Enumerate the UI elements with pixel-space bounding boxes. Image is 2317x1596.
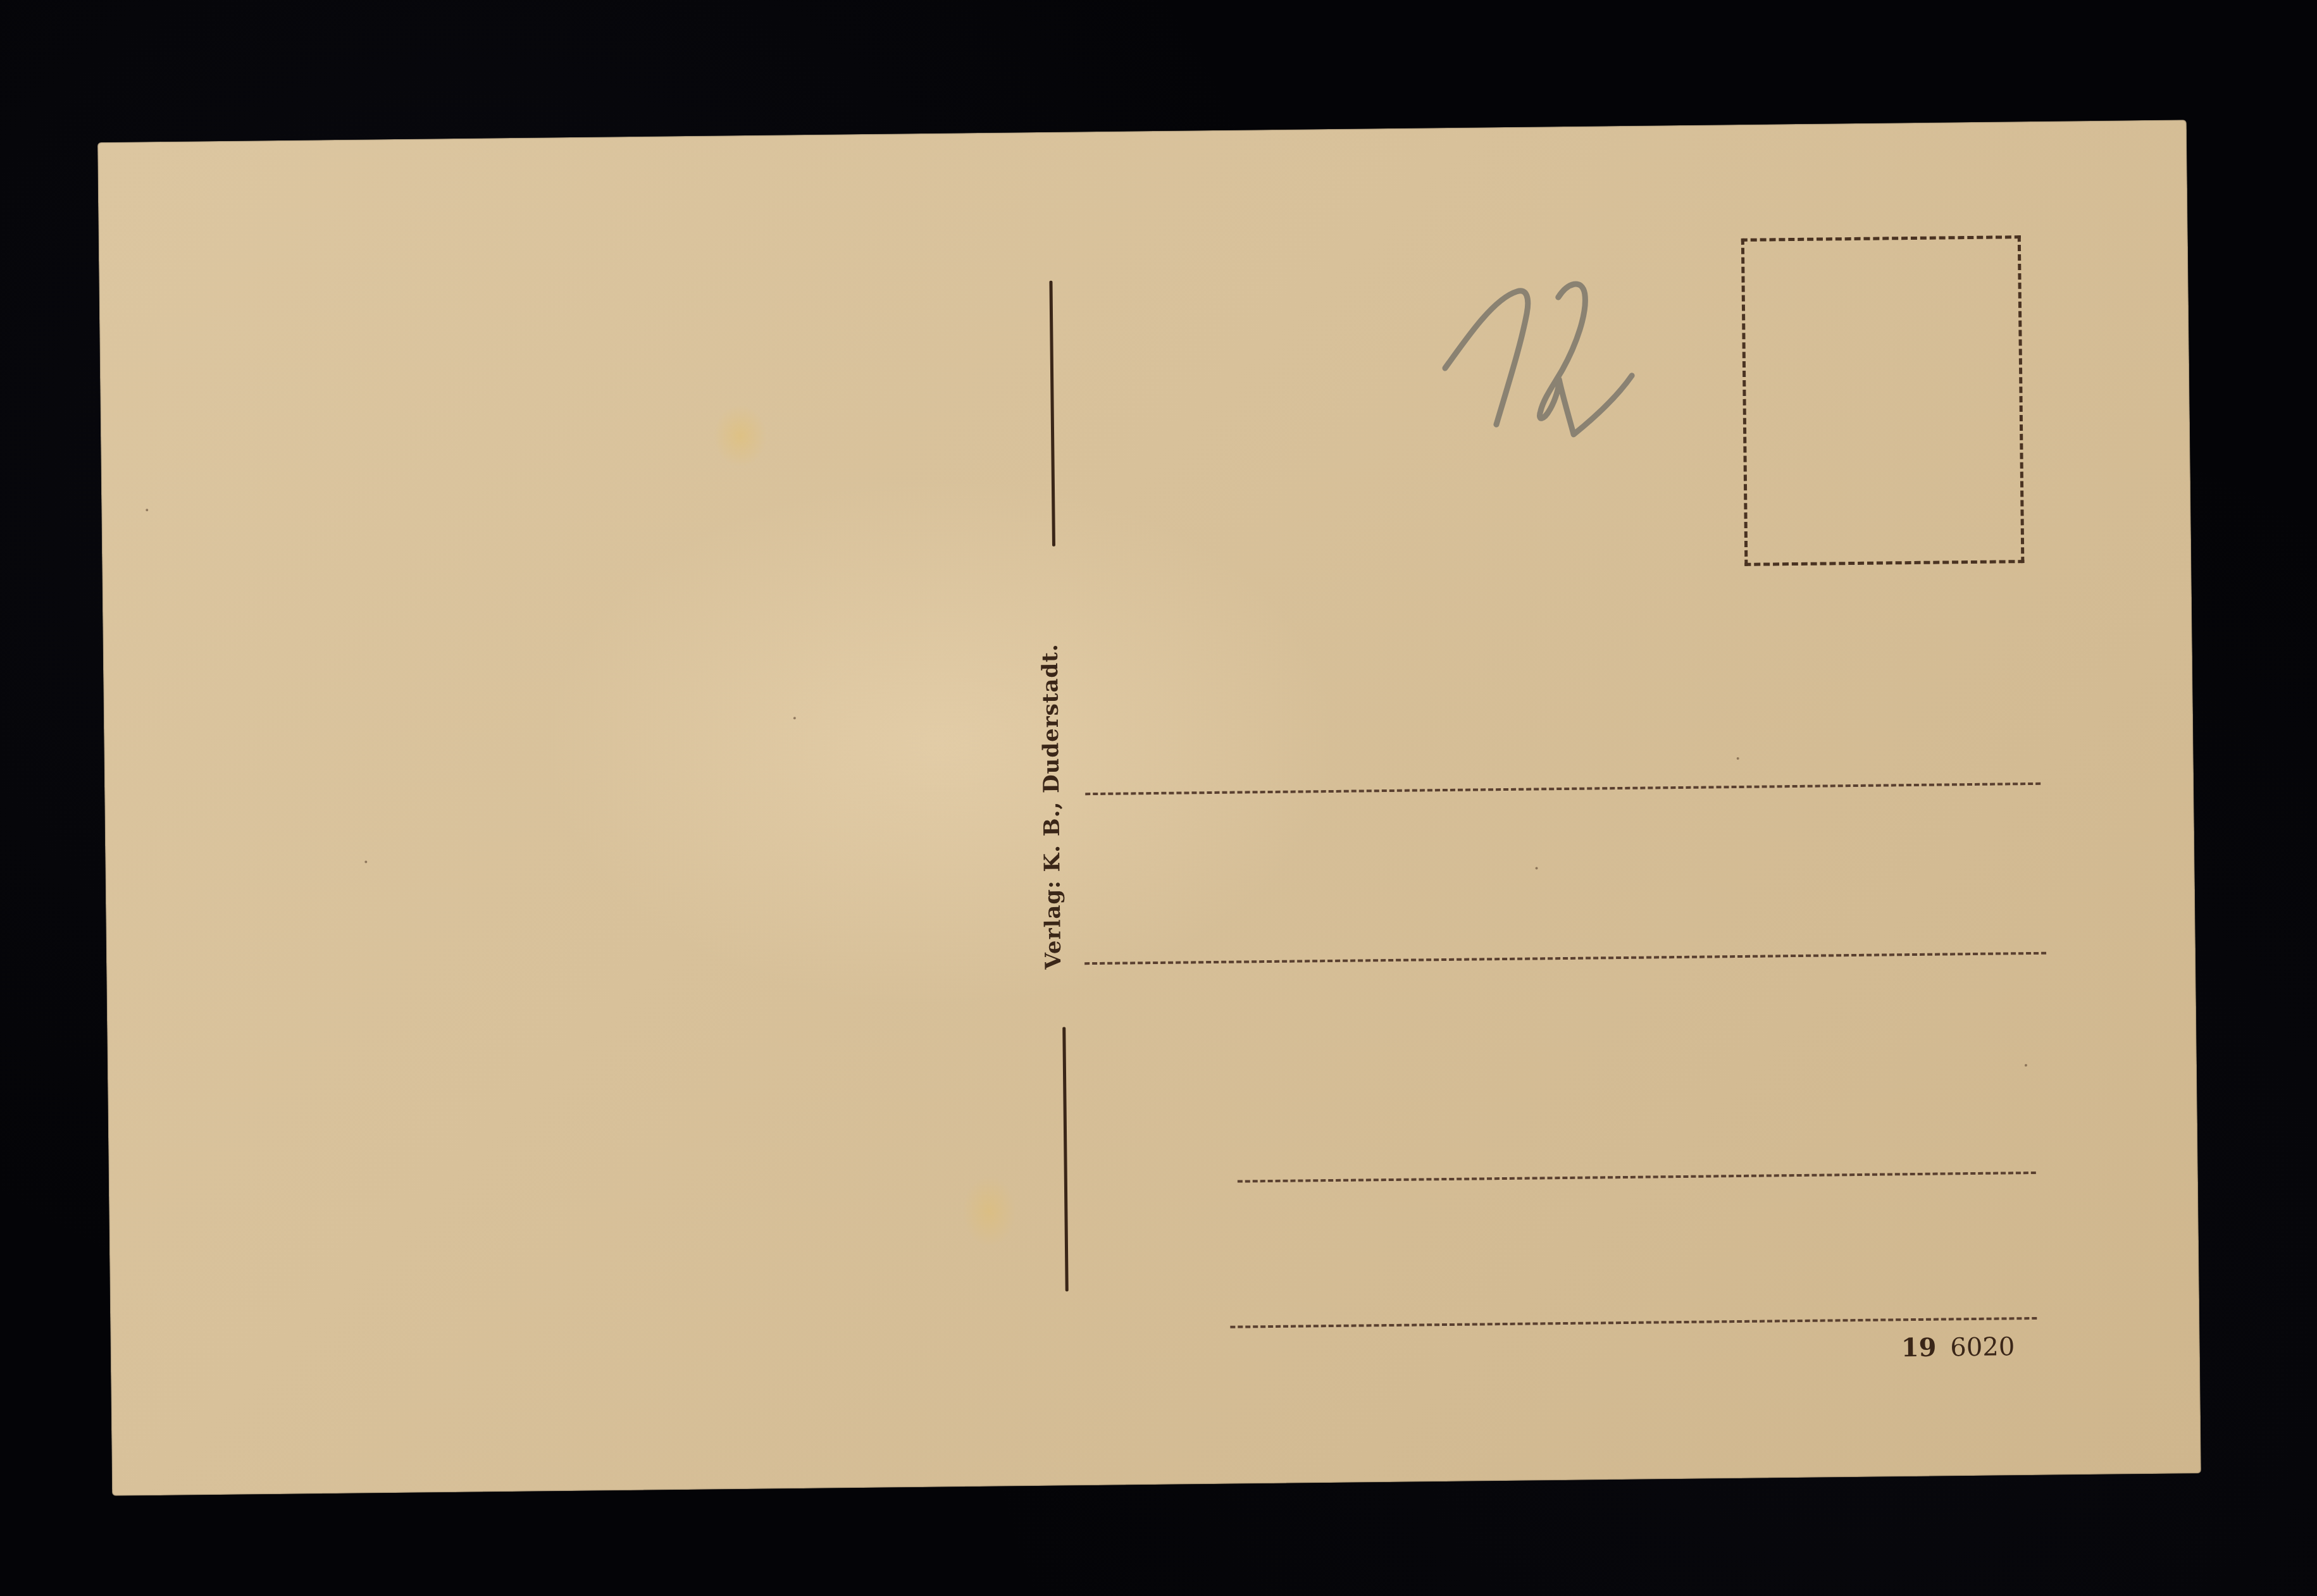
paper-speck	[1737, 757, 1739, 760]
publisher-text: Verlag: K. B., Duderstadt.	[1038, 643, 1067, 970]
print-serial: 196020	[1901, 1332, 2015, 1363]
postcard: Verlag: K. B., Duderstadt. 12 196020	[97, 120, 2201, 1496]
divider-line-upper	[1049, 281, 1055, 547]
handwritten-number: 12	[1425, 268, 1636, 442]
serial-number: 6020	[1950, 1332, 2015, 1362]
address-line-4	[1230, 1317, 2037, 1328]
address-line-3	[1238, 1172, 2036, 1183]
paper-speck	[146, 509, 148, 511]
paper-speck	[2025, 1064, 2027, 1067]
address-line-1	[1085, 783, 2041, 795]
serial-prefix: 19	[1901, 1333, 1937, 1363]
paper-speck	[1536, 867, 1538, 869]
stamp-box	[1741, 235, 2025, 566]
divider-line-lower	[1062, 1027, 1069, 1292]
paper-speck	[793, 717, 796, 719]
address-line-2	[1084, 952, 2046, 965]
paper-speck	[364, 860, 367, 863]
